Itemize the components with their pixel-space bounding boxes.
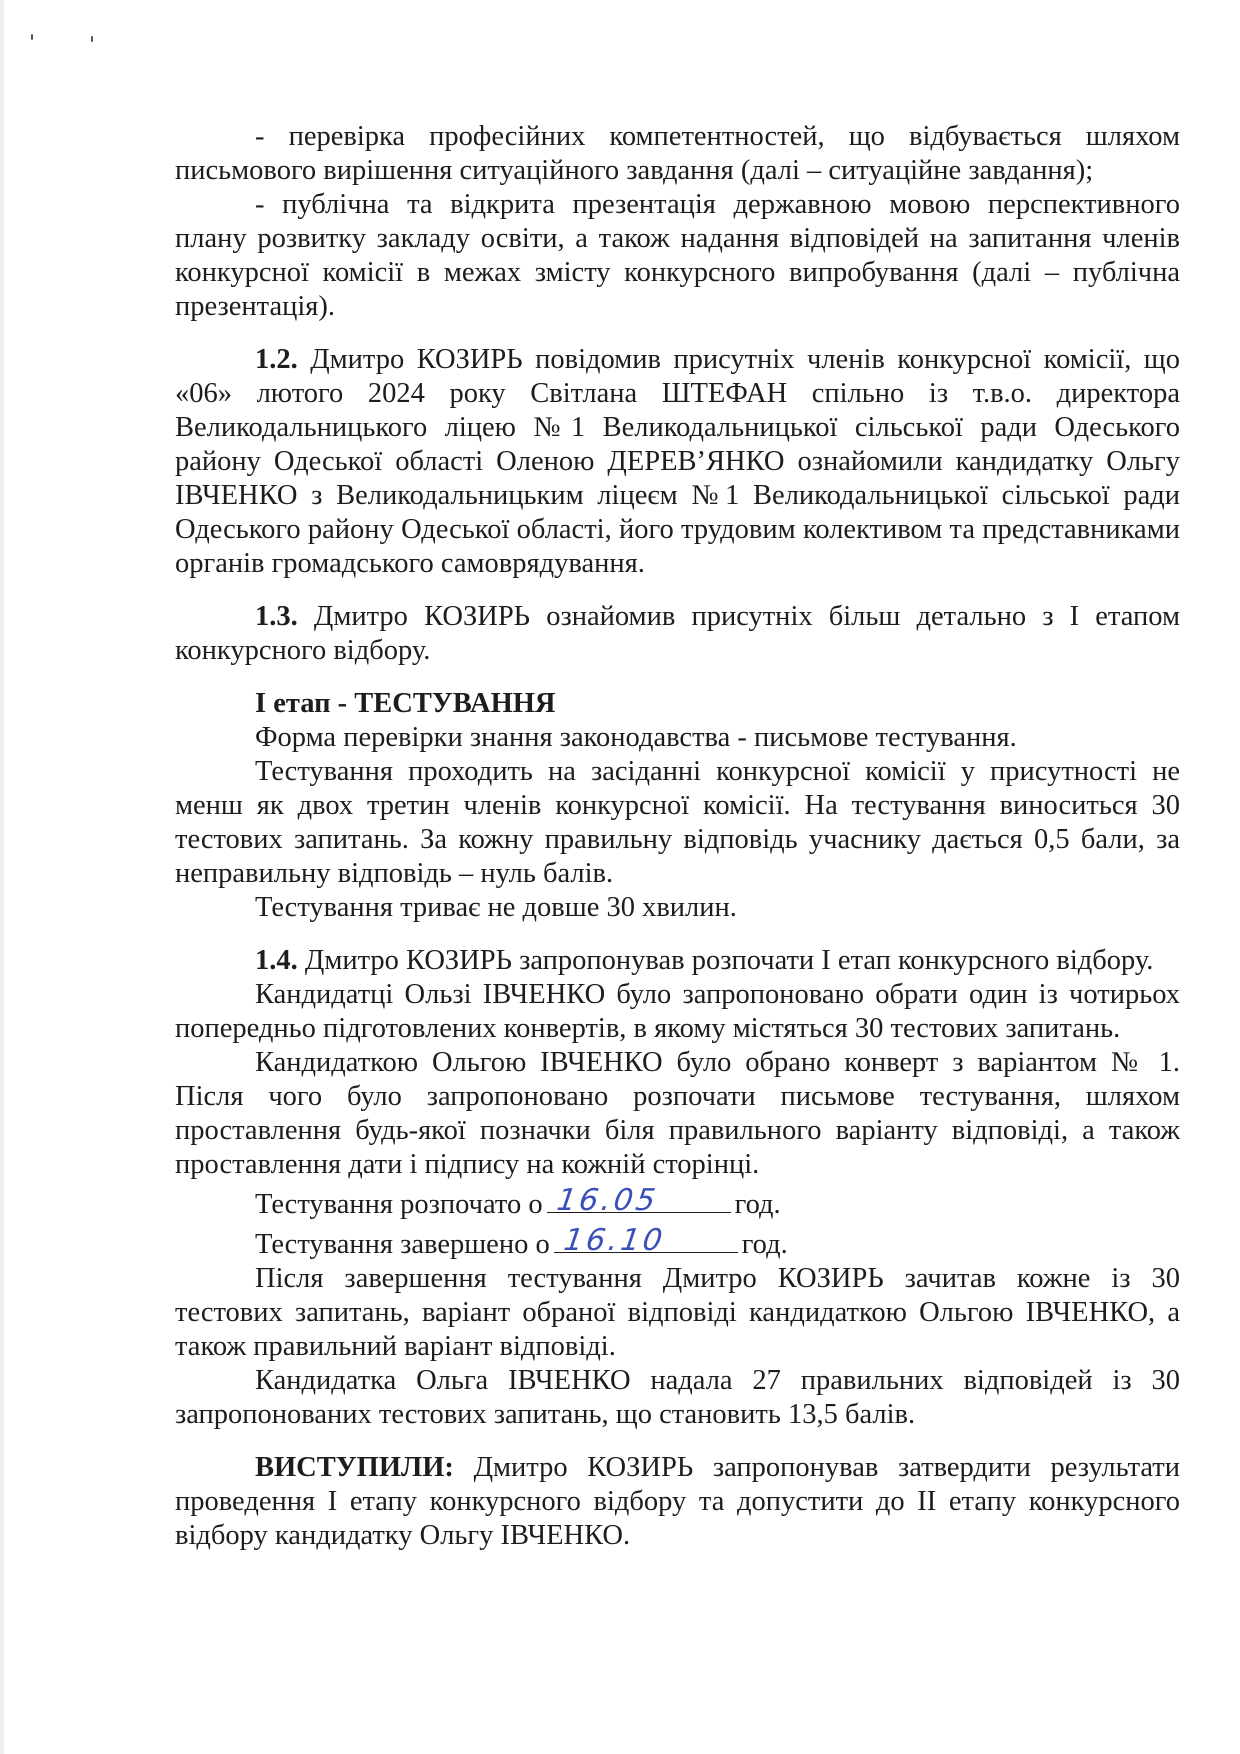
speakers: ВИСТУПИЛИ: Дмитро КОЗИРЬ запропонував за… bbox=[175, 1451, 1180, 1553]
stage-heading: І етап - ТЕСТУВАННЯ bbox=[175, 687, 1180, 721]
hours-suffix: год. bbox=[735, 1189, 781, 1220]
end-time-field: 16.10 bbox=[554, 1222, 738, 1253]
scan-mark bbox=[31, 34, 33, 40]
stage-form: Форма перевірки знання законодавства - п… bbox=[175, 721, 1180, 755]
spacer bbox=[175, 1432, 1180, 1451]
section-number: 1.2. bbox=[255, 344, 298, 375]
readout: Після завершення тестування Дмитро КОЗИР… bbox=[175, 1262, 1180, 1364]
spacer bbox=[175, 324, 1180, 343]
scan-mark bbox=[91, 36, 93, 42]
end-time-handwritten: 16.10 bbox=[561, 1224, 667, 1258]
section-text: Дмитро КОЗИРЬ повідомив присутніх членів… bbox=[175, 344, 1180, 579]
spacer bbox=[175, 925, 1180, 944]
scan-edge bbox=[0, 0, 4, 1754]
envelope-offer: Кандидатці Ользі ІВЧЕНКО було запропонов… bbox=[175, 978, 1180, 1046]
hours-suffix: год. bbox=[742, 1229, 788, 1260]
section-text: Дмитро КОЗИРЬ запропонував розпочати І е… bbox=[298, 945, 1154, 976]
section-number: 1.4. bbox=[255, 945, 298, 976]
spacer bbox=[175, 581, 1180, 600]
section-1-2: 1.2. Дмитро КОЗИРЬ повідомив присутніх ч… bbox=[175, 343, 1180, 581]
section-1-4: 1.4. Дмитро КОЗИРЬ запропонував розпочат… bbox=[175, 944, 1180, 978]
speakers-label: ВИСТУПИЛИ: bbox=[255, 1452, 454, 1483]
section-text: Дмитро КОЗИРЬ ознайомив присутніх більш … bbox=[175, 601, 1180, 666]
spacer bbox=[175, 668, 1180, 687]
stage-duration: Тестування триває не довше 30 хвилин. bbox=[175, 891, 1180, 925]
start-time-line: Тестування розпочато о16.05год. bbox=[175, 1182, 1180, 1222]
start-time-handwritten: 16.05 bbox=[554, 1184, 660, 1218]
result: Кандидатка Ольга ІВЧЕНКО надала 27 прави… bbox=[175, 1364, 1180, 1432]
stage-heading-main: - ТЕСТУВАННЯ bbox=[331, 688, 556, 719]
section-number: 1.3. bbox=[255, 601, 298, 632]
stage-heading-prefix: І етап bbox=[255, 688, 331, 719]
stage-rules: Тестування проходить на засіданні конкур… bbox=[175, 755, 1180, 891]
start-time-label: Тестування розпочато о bbox=[255, 1189, 543, 1220]
end-time-label: Тестування завершено о bbox=[255, 1229, 550, 1260]
section-1-3: 1.3. Дмитро КОЗИРЬ ознайомив присутніх б… bbox=[175, 600, 1180, 668]
list-item-presentation: - публічна та відкрита презентація держа… bbox=[175, 188, 1180, 324]
document-page: - перевірка професійних компетентностей,… bbox=[175, 120, 1180, 1553]
end-time-line: Тестування завершено о16.10год. bbox=[175, 1222, 1180, 1262]
list-item-competencies: - перевірка професійних компетентностей,… bbox=[175, 120, 1180, 188]
start-time-field: 16.05 bbox=[547, 1182, 731, 1213]
envelope-choice: Кандидаткою Ольгою ІВЧЕНКО було обрано к… bbox=[175, 1046, 1180, 1182]
